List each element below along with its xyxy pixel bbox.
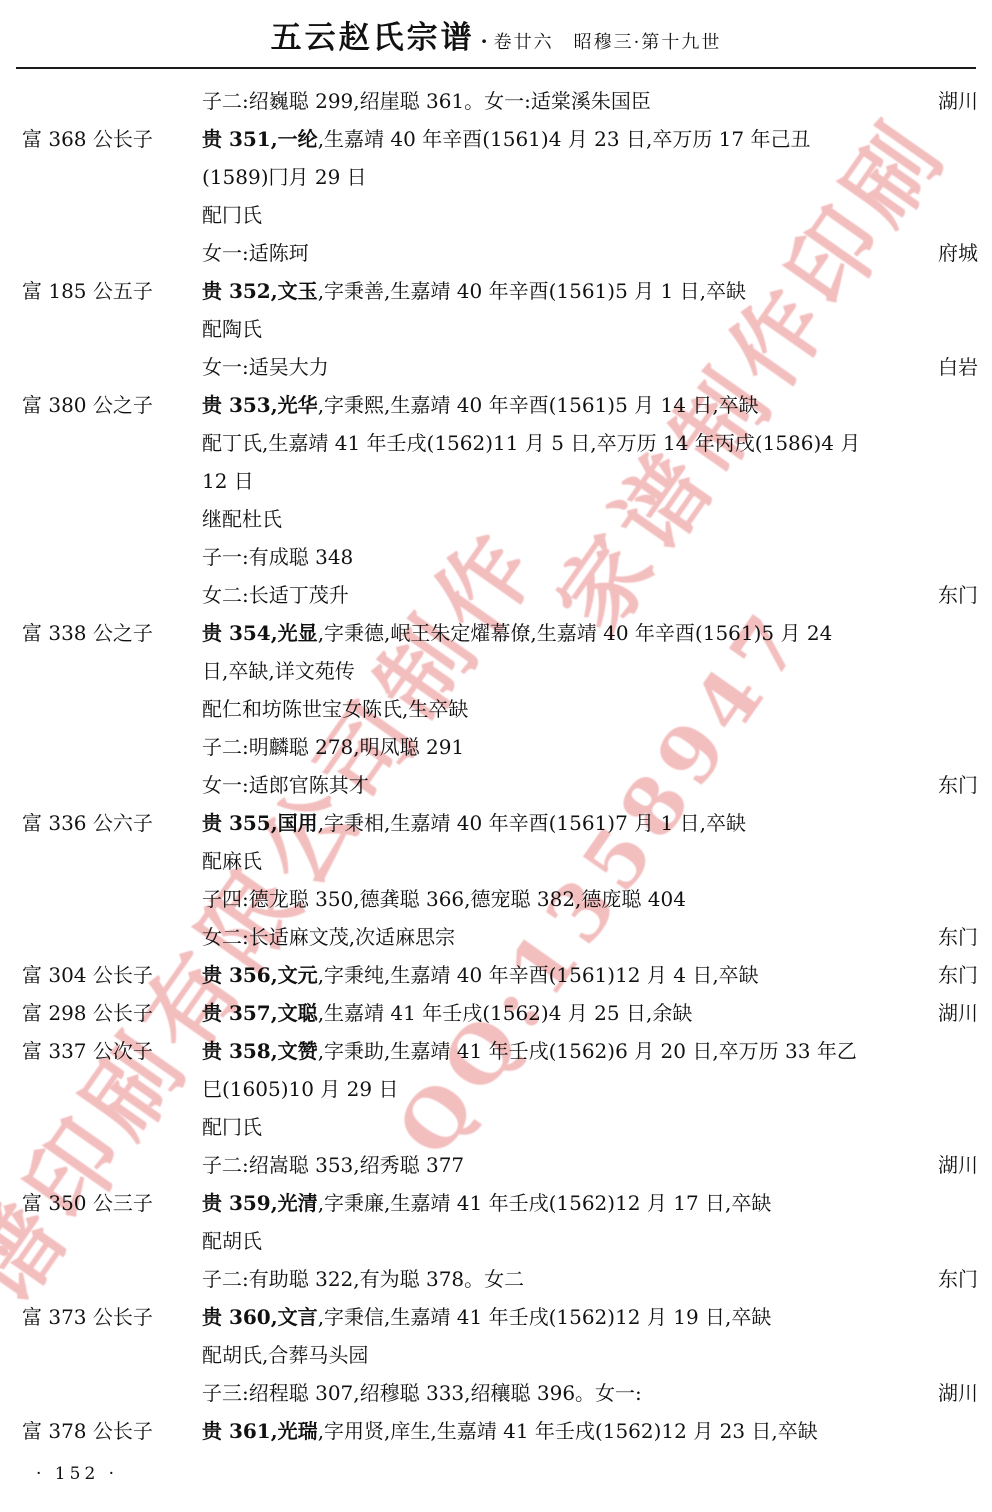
genealogy-row: 12 日 xyxy=(0,462,992,500)
genealogy-row: 子二:明麟聪 278,明凤聪 291 xyxy=(0,728,992,766)
entry-text: 子一:有成聪 348 xyxy=(202,538,900,576)
genealogy-row: 富 337 公次子贵 358,文赞,字秉助,生嘉靖 41 年壬戌(1562)6 … xyxy=(0,1032,992,1070)
place-name: 湖川 xyxy=(900,82,992,120)
entry-text: 配仁和坊陈世宝女陈氏,生卒缺 xyxy=(202,690,900,728)
entry-text: 女一:适陈珂 xyxy=(202,234,900,272)
entry-text: (1589)冂月 29 日 xyxy=(202,158,900,196)
place-name: 府城 xyxy=(900,234,992,272)
entry-text: 贵 355,国用,字秉相,生嘉靖 40 年辛酉(1561)7 月 1 日,卒缺 xyxy=(202,804,900,842)
volume-subtitle: 卷廿六 昭穆三·第十九世 xyxy=(494,32,722,53)
genealogy-row: 配胡氏,合葬马头园 xyxy=(0,1336,992,1374)
genealogy-row: 配冂氏 xyxy=(0,196,992,234)
entry-text: 巳(1605)10 月 29 日 xyxy=(202,1070,900,1108)
place-name xyxy=(900,614,992,652)
genealogy-row: 配陶氏 xyxy=(0,310,992,348)
place-name xyxy=(900,880,992,918)
place-name: 湖川 xyxy=(900,994,992,1032)
entry-text: 女二:长适麻文茂,次适麻思宗 xyxy=(202,918,900,956)
place-name xyxy=(900,272,992,310)
father-reference-label: 富 304 公长子 xyxy=(0,956,202,994)
father-reference-label xyxy=(0,728,202,766)
entry-text: 贵 360,文言,字秉信,生嘉靖 41 年壬戌(1562)12 月 19 日,卒… xyxy=(202,1298,900,1336)
place-name xyxy=(900,1070,992,1108)
entry-text: 贵 357,文聪,生嘉靖 41 年壬戌(1562)4 月 25 日,余缺 xyxy=(202,994,900,1032)
genealogy-row: 女二:长适麻文茂,次适麻思宗东门 xyxy=(0,918,992,956)
genealogy-row: 配丁氏,生嘉靖 41 年壬戌(1562)11 月 5 日,卒万历 14 年丙戌(… xyxy=(0,424,992,462)
entry-text: 贵 352,文玉,字秉善,生嘉靖 40 年辛酉(1561)5 月 1 日,卒缺 xyxy=(202,272,900,310)
father-reference-label xyxy=(0,424,202,462)
father-reference-label xyxy=(0,234,202,272)
person-name-bold: 贵 352,文玉 xyxy=(202,279,318,303)
person-name-bold: 贵 354,光显 xyxy=(202,621,318,645)
father-reference-label xyxy=(0,1374,202,1412)
father-reference-label xyxy=(0,1146,202,1184)
entry-text: 配冂氏 xyxy=(202,196,900,234)
entry-text: 子二:明麟聪 278,明凤聪 291 xyxy=(202,728,900,766)
father-reference-label: 富 336 公六子 xyxy=(0,804,202,842)
father-reference-label xyxy=(0,1336,202,1374)
place-name: 白岩 xyxy=(900,348,992,386)
genealogy-row: 富 368 公长子贵 351,一纶,生嘉靖 40 年辛酉(1561)4 月 23… xyxy=(0,120,992,158)
entry-text: 配丁氏,生嘉靖 41 年壬戌(1562)11 月 5 日,卒万历 14 年丙戌(… xyxy=(202,424,900,462)
father-reference-label: 富 298 公长子 xyxy=(0,994,202,1032)
genealogy-row: 富 298 公长子贵 357,文聪,生嘉靖 41 年壬戌(1562)4 月 25… xyxy=(0,994,992,1032)
father-reference-label: 富 185 公五子 xyxy=(0,272,202,310)
entry-text: 贵 351,一纶,生嘉靖 40 年辛酉(1561)4 月 23 日,卒万历 17… xyxy=(202,120,900,158)
father-reference-label xyxy=(0,842,202,880)
place-name xyxy=(900,804,992,842)
person-name-bold: 贵 361,光瑞 xyxy=(202,1419,318,1443)
entry-text: 子四:德龙聪 350,德龚聪 366,德宠聪 382,德庞聪 404 xyxy=(202,880,900,918)
genealogy-page: 谱印刷有限公司制作QQ:1358947家谱制作印刷 五云赵氏宗谱·卷廿六 昭穆三… xyxy=(0,0,992,1512)
place-name xyxy=(900,1222,992,1260)
father-reference-label xyxy=(0,1108,202,1146)
father-reference-label xyxy=(0,766,202,804)
header-divider xyxy=(16,67,976,69)
person-name-bold: 贵 360,文言 xyxy=(202,1305,318,1329)
father-reference-label xyxy=(0,348,202,386)
entry-text: 日,卒缺,详文苑传 xyxy=(202,652,900,690)
genealogy-row: 配仁和坊陈世宝女陈氏,生卒缺 xyxy=(0,690,992,728)
father-reference-label xyxy=(0,500,202,538)
father-reference-label: 富 338 公之子 xyxy=(0,614,202,652)
genealogy-row: 继配杜氏 xyxy=(0,500,992,538)
father-reference-label xyxy=(0,310,202,348)
place-name xyxy=(900,1412,992,1450)
genealogy-row: 子二:有助聪 322,有为聪 378。女二东门 xyxy=(0,1260,992,1298)
place-name xyxy=(900,462,992,500)
place-name: 湖川 xyxy=(900,1374,992,1412)
entry-text: 子三:绍程聪 307,绍穆聪 333,绍穰聪 396。女一: xyxy=(202,1374,900,1412)
entry-text: 贵 358,文赞,字秉助,生嘉靖 41 年壬戌(1562)6 月 20 日,卒万… xyxy=(202,1032,900,1070)
place-name xyxy=(900,386,992,424)
place-name xyxy=(900,1184,992,1222)
genealogy-row: 富 380 公之子贵 353,光华,字秉熙,生嘉靖 40 年辛酉(1561)5 … xyxy=(0,386,992,424)
father-reference-label xyxy=(0,1070,202,1108)
person-name-bold: 贵 359,光清 xyxy=(202,1191,318,1215)
father-reference-label xyxy=(0,158,202,196)
father-reference-label: 富 378 公长子 xyxy=(0,1412,202,1450)
place-name xyxy=(900,1108,992,1146)
father-reference-label: 富 350 公三子 xyxy=(0,1184,202,1222)
place-name xyxy=(900,842,992,880)
place-name xyxy=(900,728,992,766)
genealogy-row: 子三:绍程聪 307,绍穆聪 333,绍穰聪 396。女一:湖川 xyxy=(0,1374,992,1412)
genealogy-row: (1589)冂月 29 日 xyxy=(0,158,992,196)
genealogy-row: 子一:有成聪 348 xyxy=(0,538,992,576)
entry-text: 贵 361,光瑞,字用贤,庠生,生嘉靖 41 年壬戌(1562)12 月 23 … xyxy=(202,1412,900,1450)
genealogy-row: 子四:德龙聪 350,德龚聪 366,德宠聪 382,德庞聪 404 xyxy=(0,880,992,918)
place-name xyxy=(900,1336,992,1374)
page-header: 五云赵氏宗谱·卷廿六 昭穆三·第十九世 xyxy=(0,0,992,57)
entry-text: 贵 359,光清,字秉廉,生嘉靖 41 年壬戌(1562)12 月 17 日,卒… xyxy=(202,1184,900,1222)
person-name-bold: 贵 353,光华 xyxy=(202,393,318,417)
father-reference-label xyxy=(0,196,202,234)
father-reference-label xyxy=(0,918,202,956)
place-name: 东门 xyxy=(900,918,992,956)
title-separator: · xyxy=(475,29,494,53)
entry-text: 继配杜氏 xyxy=(202,500,900,538)
person-name-bold: 贵 358,文赞 xyxy=(202,1039,318,1063)
father-reference-label xyxy=(0,462,202,500)
place-name xyxy=(900,424,992,462)
entry-text: 子二:有助聪 322,有为聪 378。女二 xyxy=(202,1260,900,1298)
genealogy-row: 子二:绍嵩聪 353,绍秀聪 377湖川 xyxy=(0,1146,992,1184)
entry-text: 女一:适郎官陈其才 xyxy=(202,766,900,804)
person-name-bold: 贵 355,国用 xyxy=(202,811,318,835)
place-name xyxy=(900,310,992,348)
genealogy-row: 配胡氏 xyxy=(0,1222,992,1260)
father-reference-label xyxy=(0,690,202,728)
page-number: · 152 · xyxy=(36,1464,118,1484)
entry-text: 女二:长适丁茂升 xyxy=(202,576,900,614)
father-reference-label xyxy=(0,880,202,918)
entry-text: 配胡氏 xyxy=(202,1222,900,1260)
entry-text: 女一:适吴大力 xyxy=(202,348,900,386)
place-name xyxy=(900,120,992,158)
genealogy-row: 富 350 公三子贵 359,光清,字秉廉,生嘉靖 41 年壬戌(1562)12… xyxy=(0,1184,992,1222)
place-name xyxy=(900,690,992,728)
genealogy-row: 富 304 公长子贵 356,文元,字秉纯,生嘉靖 40 年辛酉(1561)12… xyxy=(0,956,992,994)
genealogy-row: 富 373 公长子贵 360,文言,字秉信,生嘉靖 41 年壬戌(1562)12… xyxy=(0,1298,992,1336)
genealogy-row: 女二:长适丁茂升东门 xyxy=(0,576,992,614)
father-reference-label: 富 337 公次子 xyxy=(0,1032,202,1070)
father-reference-label xyxy=(0,82,202,120)
father-reference-label: 富 380 公之子 xyxy=(0,386,202,424)
person-name-bold: 贵 356,文元 xyxy=(202,963,318,987)
entry-text: 配胡氏,合葬马头园 xyxy=(202,1336,900,1374)
place-name xyxy=(900,538,992,576)
place-name xyxy=(900,500,992,538)
entry-text: 贵 356,文元,字秉纯,生嘉靖 40 年辛酉(1561)12 月 4 日,卒缺 xyxy=(202,956,900,994)
place-name: 东门 xyxy=(900,576,992,614)
entry-text: 子二:绍巍聪 299,绍崖聪 361。女一:适棠溪朱国臣 xyxy=(202,82,900,120)
genealogy-row: 富 336 公六子贵 355,国用,字秉相,生嘉靖 40 年辛酉(1561)7 … xyxy=(0,804,992,842)
person-name-bold: 贵 357,文聪 xyxy=(202,1001,318,1025)
father-reference-label xyxy=(0,1260,202,1298)
genealogy-row: 女一:适郎官陈其才东门 xyxy=(0,766,992,804)
entry-text: 贵 354,光显,字秉德,岷王朱定燿幕僚,生嘉靖 40 年辛酉(1561)5 月… xyxy=(202,614,900,652)
genealogy-row: 女一:适吴大力白岩 xyxy=(0,348,992,386)
place-name xyxy=(900,1298,992,1336)
father-reference-label: 富 368 公长子 xyxy=(0,120,202,158)
genealogy-row: 子二:绍巍聪 299,绍崖聪 361。女一:适棠溪朱国臣湖川 xyxy=(0,82,992,120)
place-name xyxy=(900,1032,992,1070)
place-name: 东门 xyxy=(900,956,992,994)
genealogy-row: 日,卒缺,详文苑传 xyxy=(0,652,992,690)
entry-text: 子二:绍嵩聪 353,绍秀聪 377 xyxy=(202,1146,900,1184)
genealogy-rows: 子二:绍巍聪 299,绍崖聪 361。女一:适棠溪朱国臣湖川富 368 公长子贵… xyxy=(0,82,992,1450)
father-reference-label xyxy=(0,538,202,576)
genealogy-row: 女一:适陈珂府城 xyxy=(0,234,992,272)
entry-text: 贵 353,光华,字秉熙,生嘉靖 40 年辛酉(1561)5 月 14 日,卒缺 xyxy=(202,386,900,424)
place-name: 湖川 xyxy=(900,1146,992,1184)
genealogy-row: 配麻氏 xyxy=(0,842,992,880)
genealogy-row: 富 185 公五子贵 352,文玉,字秉善,生嘉靖 40 年辛酉(1561)5 … xyxy=(0,272,992,310)
genealogy-row: 配冂氏 xyxy=(0,1108,992,1146)
genealogy-row: 富 378 公长子贵 361,光瑞,字用贤,庠生,生嘉靖 41 年壬戌(1562… xyxy=(0,1412,992,1450)
father-reference-label xyxy=(0,1222,202,1260)
entry-text: 配冂氏 xyxy=(202,1108,900,1146)
genealogy-row: 巳(1605)10 月 29 日 xyxy=(0,1070,992,1108)
father-reference-label: 富 373 公长子 xyxy=(0,1298,202,1336)
person-name-bold: 贵 351,一纶 xyxy=(202,127,318,151)
entry-text: 配麻氏 xyxy=(202,842,900,880)
place-name: 东门 xyxy=(900,766,992,804)
book-title: 五云赵氏宗谱 xyxy=(271,20,475,56)
place-name xyxy=(900,158,992,196)
place-name: 东门 xyxy=(900,1260,992,1298)
place-name xyxy=(900,652,992,690)
father-reference-label xyxy=(0,652,202,690)
entry-text: 配陶氏 xyxy=(202,310,900,348)
entry-text: 12 日 xyxy=(202,462,900,500)
genealogy-row: 富 338 公之子贵 354,光显,字秉德,岷王朱定燿幕僚,生嘉靖 40 年辛酉… xyxy=(0,614,992,652)
place-name xyxy=(900,196,992,234)
father-reference-label xyxy=(0,576,202,614)
